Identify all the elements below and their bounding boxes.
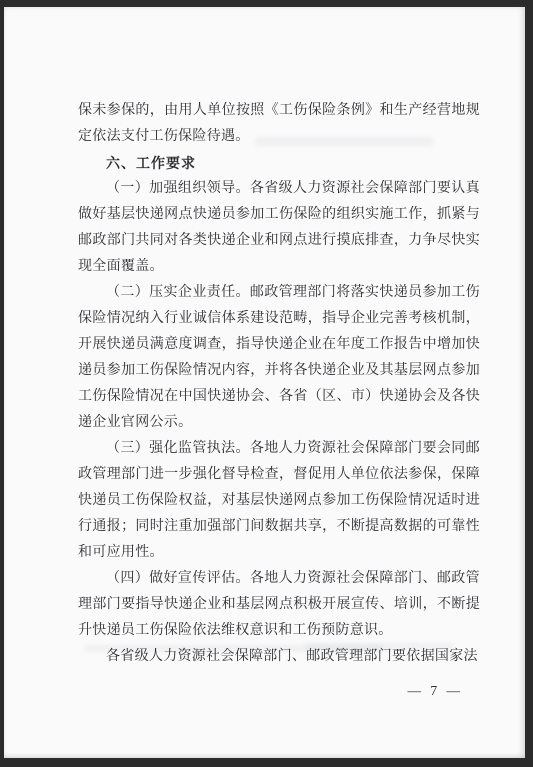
- body-paragraph: （一）加强组织领导。各省级人力资源社会保障部门要认真做好基层快递网点快递员参加工…: [78, 176, 480, 280]
- document-body: 保未参保的，由用人单位按照《工伤保险条例》和生产经营地规定依法支付工伤保险待遇。…: [78, 98, 480, 670]
- document-page: 保未参保的，由用人单位按照《工伤保险条例》和生产经营地规定依法支付工伤保险待遇。…: [4, 7, 525, 758]
- body-paragraph: 各省级人力资源社会保障部门、邮政管理部门要依据国家法: [78, 644, 480, 670]
- body-paragraph: （二）压实企业责任。邮政管理部门将落实快递员参加工伤保险情况纳入行业诚信体系建设…: [78, 280, 480, 436]
- body-paragraph: （三）强化监管执法。各地人力资源社会保障部门要会同邮政管理部门进一步强化督导检查…: [78, 436, 480, 566]
- scan-viewer-frame: 保未参保的，由用人单位按照《工伤保险条例》和生产经营地规定依法支付工伤保险待遇。…: [0, 0, 533, 767]
- body-paragraph: 保未参保的，由用人单位按照《工伤保险条例》和生产经营地规定依法支付工伤保险待遇。: [78, 98, 480, 150]
- page-number: — 7 —: [408, 683, 464, 699]
- section-heading: 六、工作要求: [78, 150, 480, 176]
- body-paragraph: （四）做好宣传评估。各地人力资源社会保障部门、邮政管理部门要指导快递企业和基层网…: [78, 566, 480, 644]
